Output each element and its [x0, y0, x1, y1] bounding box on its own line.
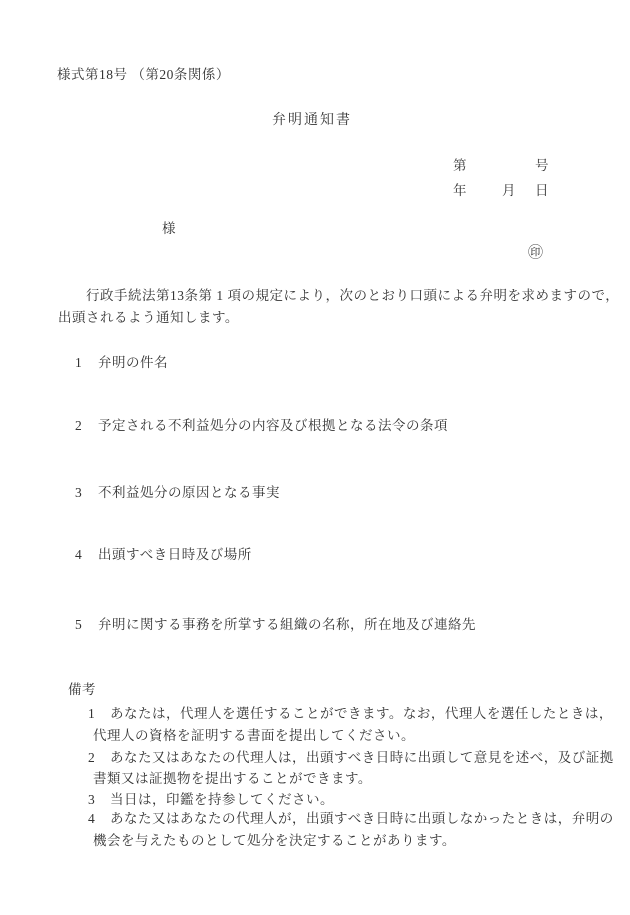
item-4: 4出頭すべき日時及び場所 — [75, 548, 252, 562]
addressee-suffix: 様 — [162, 222, 176, 236]
remark-4-text-1: あなた又はあなたの代理人が，出頭すべき日時に出頭しなかったときは，弁明の — [110, 811, 614, 826]
remark-2-number: 2 — [88, 751, 110, 765]
item-4-number: 4 — [75, 548, 98, 562]
remark-4-number: 4 — [88, 812, 110, 826]
remark-2-line-2: 書類又は証拠物を提出することができます。 — [93, 772, 372, 786]
remarks-heading: 備考 — [68, 683, 96, 697]
remark-2-line-1: 2あなた又はあなたの代理人は，出頭すべき日時に出頭して意見を述べ，及び証拠 — [88, 751, 614, 765]
remark-4-line-2: 機会を与えたものとして処分を決定することがあります。 — [93, 834, 456, 848]
item-5: 5弁明に関する事務を所掌する組織の名称，所在地及び連絡先 — [75, 618, 476, 632]
date-year-label: 年 — [453, 184, 467, 198]
remark-1-text-1: あなたは，代理人を選任することができます。なお，代理人を選任したときは， — [110, 706, 613, 721]
date-month-label: 月 — [502, 184, 516, 198]
document-page: 様式第18号 （第20条関係） 弁明通知書 第 号 年 月 日 様 ㊞ 行政手続… — [0, 0, 630, 915]
remark-3-text-1: 当日は，印鑑を持参してください。 — [110, 792, 334, 807]
item-4-text: 出頭すべき日時及び場所 — [98, 547, 252, 562]
item-2: 2予定される不利益処分の内容及び根拠となる法令の条項 — [75, 419, 448, 433]
item-2-text: 予定される不利益処分の内容及び根拠となる法令の条項 — [98, 418, 448, 433]
form-number: 様式第18号 （第20条関係） — [57, 68, 230, 82]
date-day-label: 日 — [535, 184, 549, 198]
item-1-text: 弁明の件名 — [98, 355, 168, 370]
remark-3-number: 3 — [88, 793, 110, 807]
item-3: 3不利益処分の原因となる事実 — [75, 486, 280, 500]
remark-2-text-1: あなた又はあなたの代理人は，出頭すべき日時に出頭して意見を述べ，及び証拠 — [110, 750, 614, 765]
document-title: 弁明通知書 — [272, 114, 352, 128]
item-5-number: 5 — [75, 618, 98, 632]
item-3-text: 不利益処分の原因となる事実 — [98, 485, 280, 500]
doc-number-prefix: 第 — [453, 159, 467, 173]
doc-number-suffix: 号 — [535, 159, 549, 173]
remark-4-line-1: 4あなた又はあなたの代理人が，出頭すべき日時に出頭しなかったときは，弁明の — [88, 812, 614, 826]
item-2-number: 2 — [75, 419, 98, 433]
remark-1-line-2: 代理人の資格を証明する書面を提出してください。 — [93, 729, 415, 743]
item-5-text: 弁明に関する事務を所掌する組織の名称，所在地及び連絡先 — [98, 617, 476, 632]
body-line-2: 出頭されるよう通知します。 — [58, 311, 239, 325]
item-1: 1弁明の件名 — [75, 356, 168, 370]
remark-1-number: 1 — [88, 707, 110, 721]
item-3-number: 3 — [75, 486, 98, 500]
seal-mark-icon: ㊞ — [528, 246, 544, 261]
body-line-1: 行政手続法第13条第 1 項の規定により，次のとおり口頭による弁明を求めますので… — [86, 289, 619, 303]
remark-3-line-1: 3当日は，印鑑を持参してください。 — [88, 793, 334, 807]
item-1-number: 1 — [75, 356, 98, 370]
remark-1-line-1: 1あなたは，代理人を選任することができます。なお，代理人を選任したときは， — [88, 707, 613, 721]
